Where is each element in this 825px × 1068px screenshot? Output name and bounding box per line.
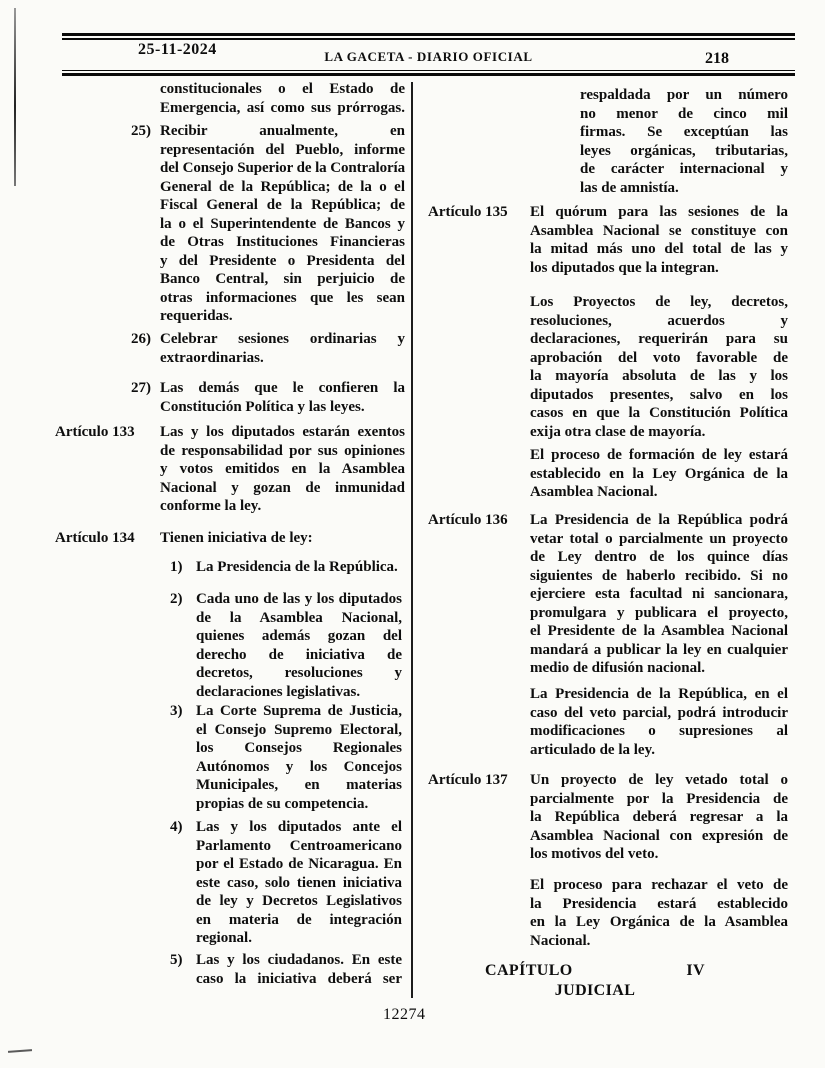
text-line: articulado de la ley. <box>530 741 788 760</box>
text-line: del Consejo Superior de la Contraloría <box>160 159 405 178</box>
text-line: Las y los diputados ante el <box>196 818 402 837</box>
text-line: las de amnistía. <box>580 179 788 198</box>
text-line: Parlamento Centroamericano <box>196 837 402 856</box>
text-line: El proceso para rechazar el veto de <box>530 876 788 895</box>
text-line: Autónomos y los Concejos <box>196 758 402 777</box>
text-line: Asamblea Nacional se constituye con <box>530 222 788 241</box>
block-4: 4)Las y los diputados ante elParlamento … <box>55 818 405 948</box>
text-line: requeridas. <box>160 307 405 326</box>
scan-artifact-dash <box>8 1049 32 1053</box>
text-line: vetar total o parcialmente un proyecto <box>530 530 788 549</box>
item-number: 1) <box>170 558 183 577</box>
text-line: la mitad más uno del total de las y <box>530 240 788 259</box>
text-line: y del Presidente o Presidenta del <box>160 252 405 271</box>
block-artículo134: Artículo 134Tienen iniciativa de ley: <box>55 529 405 548</box>
text-line: Constitución Política y las leyes. <box>160 398 405 417</box>
text-line: los motivos del veto. <box>530 845 788 864</box>
text-line: de responsabilidad por sus opiniones <box>160 442 405 461</box>
text-line: de Otras Instituciones Financieras <box>160 233 405 252</box>
text-line: Nacional. <box>530 932 788 951</box>
text-line: caso la iniciativa deberá ser <box>196 970 402 989</box>
text-line: decretos, resoluciones y <box>196 664 402 683</box>
text-line: de la Asamblea Nacional, <box>196 609 402 628</box>
text-line: Asamblea Nacional. <box>530 483 788 502</box>
item-number: 27) <box>131 379 151 398</box>
text-line: derecho de iniciativa de <box>196 646 402 665</box>
text-line: Las y los diputados estarán exentos <box>160 423 405 442</box>
text-line: en la Ley Orgánica de la Asamblea <box>530 913 788 932</box>
text-line: promulgara y publicara el proyecto, <box>530 604 788 623</box>
text-line: medio de difusión nacional. <box>530 659 788 678</box>
article-label: Artículo 134 <box>55 529 135 548</box>
text-line: leyes orgánicas, tributarias, <box>580 142 788 161</box>
header-row: 25-11-2024 LA GACETA - DIARIO OFICIAL 21… <box>62 40 795 70</box>
text-line: Los Proyectos de ley, decretos, <box>530 293 788 312</box>
block-27: 27)Las demás que le confieren laConstitu… <box>55 379 405 416</box>
header-rule-bottom-thick <box>62 73 795 76</box>
text-line: La Presidencia de la República. <box>196 558 402 577</box>
item-number: 4) <box>170 818 183 837</box>
item-number: 25) <box>131 122 151 141</box>
text-line: respaldada por un número <box>580 86 788 105</box>
text-line: los Consejos Regionales <box>196 739 402 758</box>
text-line: siguientes de haberlo recibido. Si no <box>530 567 788 586</box>
block-artículo136: Artículo 136La Presidencia de la Repúbli… <box>425 511 790 678</box>
text-line: Fiscal General de la República; de <box>160 196 405 215</box>
column-divider-rule <box>411 82 413 998</box>
text-line: no menor de cinco mil <box>580 105 788 124</box>
block-body: El proceso para rechazar el veto dela Pr… <box>425 876 790 950</box>
text-line: aprobación del voto favorable de <box>530 349 788 368</box>
text-line: La Corte Suprema de Justicia, <box>196 702 402 721</box>
text-line: Tienen iniciativa de ley: <box>160 529 405 548</box>
text-line: declaraciones legislativas. <box>196 683 402 702</box>
text-line: El proceso de formación de ley estará <box>530 446 788 465</box>
text-line: establecido en la Ley Orgánica de la <box>530 465 788 484</box>
block-26: 26)Celebrar sesiones ordinarias yextraor… <box>55 330 405 367</box>
article-label: Artículo 136 <box>428 511 508 530</box>
text-line: la Presidencia estará establecido <box>530 895 788 914</box>
text-line: constitucionales o el Estado de <box>160 80 405 99</box>
article-label: Artículo 135 <box>428 203 508 222</box>
text-line: este caso, solo tienen iniciativa <box>196 874 402 893</box>
text-line: modificaciones o supresiones al <box>530 722 788 741</box>
text-line: Banco Central, sin perjuicio de <box>160 270 405 289</box>
item-number: 5) <box>170 951 183 970</box>
block-body: Los Proyectos de ley, decretos,resolucio… <box>425 293 790 441</box>
text-line: Cada uno de las y los diputados <box>196 590 402 609</box>
block-body: El proceso de formación de ley estaráest… <box>425 446 790 502</box>
text-line: declaraciones, requerirán para su <box>530 330 788 349</box>
item-number: 3) <box>170 702 183 721</box>
text-line: Celebrar sesiones ordinarias y <box>160 330 405 349</box>
text-line: en materia de integración <box>196 911 402 930</box>
text-line: regional. <box>196 929 402 948</box>
text-line: y votos emitidos en la Asamblea <box>160 460 405 479</box>
text-line: Las demás que le confieren la <box>160 379 405 398</box>
text-line: la o el Superintendente de Bancos y <box>160 215 405 234</box>
gazette-title: LA GACETA - DIARIO OFICIAL <box>62 49 795 65</box>
text-line: La Presidencia de la República podrá <box>530 511 788 530</box>
text-line: JUDICIAL <box>485 981 705 1001</box>
block-artículo133: Artículo 133Las y los diputados estarán … <box>55 423 405 516</box>
text-line: quienes además gozan del <box>196 627 402 646</box>
text-line: Municipales, en materias <box>196 776 402 795</box>
text-line: CAPÍTULO IV <box>485 961 705 981</box>
text-line: Las y los ciudadanos. En este <box>196 951 402 970</box>
block-5: 5)Las y los ciudadanos. En estecaso la i… <box>55 951 405 988</box>
text-line: el Consejo Supremo Electoral, <box>196 721 402 740</box>
text-line: diputados presentes, salvo en los <box>530 386 788 405</box>
document-number: 12274 <box>383 1006 426 1024</box>
scan-artifact-vertical-line <box>14 8 16 186</box>
block-1: 1)La Presidencia de la República. <box>55 558 405 577</box>
text-line: de Ley dentro de los quince días <box>530 548 788 567</box>
item-number: 26) <box>131 330 151 349</box>
block-body: La Presidencia de la República, en elcas… <box>425 685 790 759</box>
block-3: 3)La Corte Suprema de Justicia,el Consej… <box>55 702 405 813</box>
text-line: el Presidente de la Asamblea Nacional <box>530 622 788 641</box>
text-line: la República deberá regresar a la <box>530 808 788 827</box>
text-line: representación del Pueblo, informe <box>160 141 405 160</box>
article-label: Artículo 133 <box>55 423 135 442</box>
text-line: Emergencia, así como sus prórrogas. <box>160 99 405 118</box>
block-25: 25)Recibir anualmente, enrepresentación … <box>55 122 405 326</box>
item-number: 2) <box>170 590 183 609</box>
text-line: los diputados que la integran. <box>530 259 788 278</box>
text-line: caso del veto parcial, podrá introducir <box>530 704 788 723</box>
text-line: Un proyecto de ley vetado total o <box>530 771 788 790</box>
text-line: exija otra clase de mayoría. <box>530 423 788 442</box>
block-artículo137: Artículo 137Un proyecto de ley vetado to… <box>425 771 790 864</box>
article-label: Artículo 137 <box>428 771 508 790</box>
text-line: de carácter internacional y <box>580 160 788 179</box>
text-line: parcialmente por la Presidencia de <box>530 790 788 809</box>
text-line: ejerciere esta facultad ni sancionara, <box>530 585 788 604</box>
page-number: 218 <box>705 50 729 68</box>
text-line: conforme la ley. <box>160 497 405 516</box>
text-line: Asamblea Nacional con expresión de <box>530 827 788 846</box>
text-line: casos en que la Constitución Política <box>530 404 788 423</box>
text-line: de ley y Decretos Legislativos <box>196 892 402 911</box>
text-line: Nacional y gozan de inmunidad <box>160 479 405 498</box>
text-line: la mayoría absoluta de las y los <box>530 367 788 386</box>
text-line: por el Estado de Nicaragua. En <box>196 855 402 874</box>
block-chapter: CAPÍTULO IVJUDICIAL <box>425 961 790 1001</box>
block-artículo135: Artículo 135El quórum para las sesiones … <box>425 203 790 277</box>
block-2: 2)Cada uno de las y los diputadosde la A… <box>55 590 405 701</box>
text-line: resoluciones, acuerdos y <box>530 312 788 331</box>
text-line: mandará a publicar la ley en cualquier <box>530 641 788 660</box>
text-line: propias de su competencia. <box>196 795 402 814</box>
block-continuation: constitucionales o el Estado deEmergenci… <box>55 80 405 117</box>
text-line: Recibir anualmente, en <box>160 122 405 141</box>
text-line: La Presidencia de la República, en el <box>530 685 788 704</box>
gazette-page: 25-11-2024 LA GACETA - DIARIO OFICIAL 21… <box>0 0 825 1068</box>
text-line: otras informaciones que les sean <box>160 289 405 308</box>
text-line: General de la República; de la o el <box>160 178 405 197</box>
text-line: El quórum para las sesiones de la <box>530 203 788 222</box>
page-header: 25-11-2024 LA GACETA - DIARIO OFICIAL 21… <box>62 33 795 76</box>
text-line: firmas. Se exceptúan las <box>580 123 788 142</box>
block-subcontinuation: respaldada por un númerono menor de cinc… <box>425 86 790 197</box>
text-line: extraordinarias. <box>160 349 405 368</box>
